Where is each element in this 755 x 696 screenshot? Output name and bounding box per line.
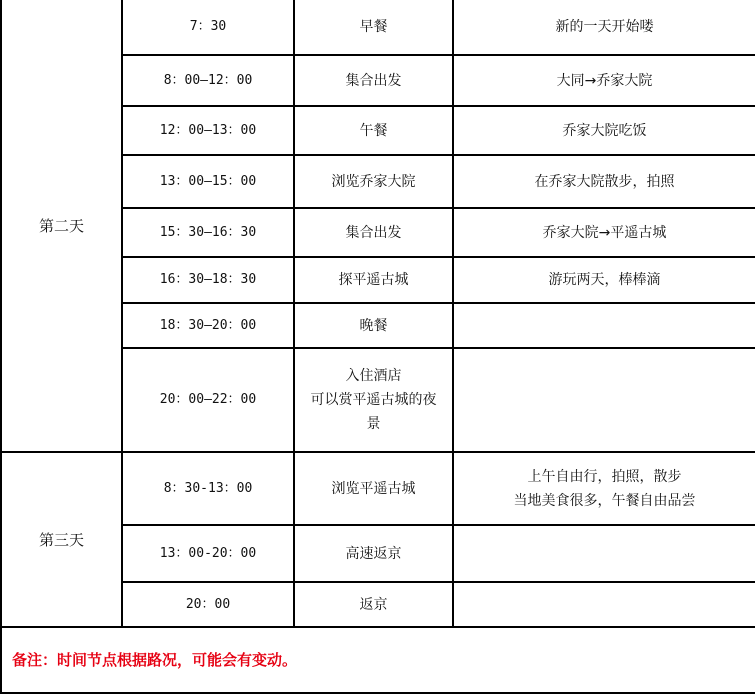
note-cell (453, 303, 755, 348)
note-cell: 乔家大院→平遥古城 (453, 208, 755, 257)
remark-text: 备注：时间节点根据路况，可能会有变动。 (1, 627, 755, 693)
activity-cell: 集合出发 (294, 55, 453, 106)
time-cell: 8：30-13：00 (122, 452, 294, 525)
time-cell: 12：00—13：00 (122, 106, 294, 155)
activity-cell: 入住酒店 可以赏平遥古城的夜 景 (294, 348, 453, 452)
time-cell: 20：00 (122, 582, 294, 627)
itinerary-table: 第二天 7：30 早餐 新的一天开始喽 8：00—12：00 集合出发 大同→乔… (0, 0, 755, 694)
remark-row: 备注：时间节点根据路况，可能会有变动。 (1, 627, 755, 693)
time-cell: 16：30—18：30 (122, 257, 294, 303)
note-cell (453, 525, 755, 582)
note-cell: 上午自由行，拍照，散步 当地美食很多，午餐自由品尝 (453, 452, 755, 525)
table-row: 第三天 8：30-13：00 浏览平遥古城 上午自由行，拍照，散步 当地美食很多… (1, 452, 755, 525)
time-cell: 18：30—20：00 (122, 303, 294, 348)
note-cell (453, 348, 755, 452)
note-cell: 新的一天开始喽 (453, 0, 755, 55)
time-cell: 8：00—12：00 (122, 55, 294, 106)
note-cell: 在乔家大院散步，拍照 (453, 155, 755, 208)
table-row: 第二天 7：30 早餐 新的一天开始喽 (1, 0, 755, 55)
activity-cell: 浏览乔家大院 (294, 155, 453, 208)
activity-cell: 集合出发 (294, 208, 453, 257)
time-cell: 13：00—15：00 (122, 155, 294, 208)
time-cell: 13：00-20：00 (122, 525, 294, 582)
time-cell: 20：00—22：00 (122, 348, 294, 452)
activity-cell: 探平遥古城 (294, 257, 453, 303)
note-cell (453, 582, 755, 627)
day-label-day2: 第二天 (1, 0, 122, 452)
day-label-day3: 第三天 (1, 452, 122, 627)
activity-cell: 高速返京 (294, 525, 453, 582)
time-cell: 15：30—16：30 (122, 208, 294, 257)
activity-cell: 返京 (294, 582, 453, 627)
time-cell: 7：30 (122, 0, 294, 55)
note-cell: 乔家大院吃饭 (453, 106, 755, 155)
activity-cell: 午餐 (294, 106, 453, 155)
activity-cell: 晚餐 (294, 303, 453, 348)
note-cell: 大同→乔家大院 (453, 55, 755, 106)
note-cell: 游玩两天，棒棒滴 (453, 257, 755, 303)
activity-cell: 浏览平遥古城 (294, 452, 453, 525)
activity-cell: 早餐 (294, 0, 453, 55)
